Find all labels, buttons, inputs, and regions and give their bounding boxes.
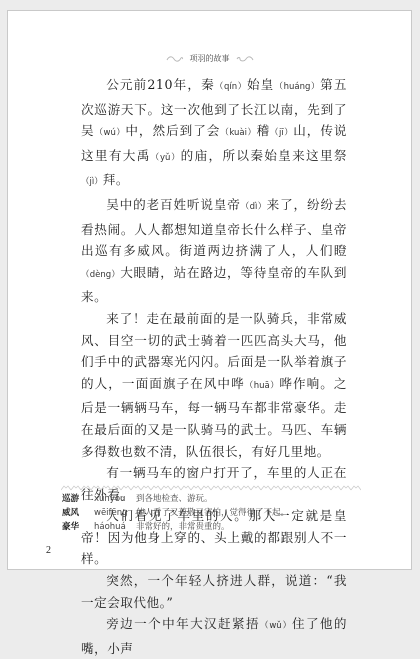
pinyin-annotation: （dèng） xyxy=(81,270,120,280)
footnotes: 巡游 xúnyóu 到各地检查、游玩。 威风 wēifēng 使人看了又尊敬又害… xyxy=(62,492,372,534)
paragraph-text: 公元前210年，秦 xyxy=(106,77,215,92)
paragraph-text: 突然，一个年轻人挤进人群，说道：“我一定会取代他。” xyxy=(81,573,347,602)
footnote-item: 威风 wēifēng 使人看了又尊敬又害怕，觉得很了不起。 xyxy=(62,506,372,520)
running-head: 项羽的故事 xyxy=(8,53,411,64)
paragraph-text: 始皇 xyxy=(247,77,275,92)
pinyin-annotation: （wú） xyxy=(95,128,126,138)
running-title: 项羽的故事 xyxy=(190,53,230,64)
footnote-pinyin: xúnyóu xyxy=(94,492,136,506)
paragraph-text: 中，然后到了会 xyxy=(125,123,220,138)
pinyin-annotation: （dì） xyxy=(241,202,267,212)
swirl-ornament-icon xyxy=(236,55,254,63)
paragraph-text: 稽 xyxy=(256,123,270,138)
paragraph-text: 大眼睛，站在路边，等待皇帝的车队到来。 xyxy=(81,265,347,305)
story-paragraph: 突然，一个年轻人挤进人群，说道：“我一定会取代他。” xyxy=(81,570,347,602)
book-page: 项羽的故事 公元前210年，秦（qín）始皇（huáng）第五次巡游天下。这一次… xyxy=(7,10,412,570)
pinyin-annotation: （huā） xyxy=(245,381,280,391)
footnote-definition: 到各地检查、游玩。 xyxy=(136,492,213,506)
pinyin-annotation: （qín） xyxy=(215,82,247,92)
footnote-definition: 使人看了又尊敬又害怕，觉得很了不起。 xyxy=(136,506,289,520)
footnote-definition: 非常好的，非常贵重的。 xyxy=(136,520,230,534)
pinyin-annotation: （jī） xyxy=(270,128,293,138)
swirl-ornament-icon xyxy=(166,55,184,63)
footnote-item: 豪华 háohuá 非常好的，非常贵重的。 xyxy=(62,520,372,534)
paragraph-text: 吴中的老百姓听说皇帝 xyxy=(106,197,241,212)
paragraph-text: 的庙，所以秦始皇来这里祭 xyxy=(181,148,347,163)
footnote-term: 巡游 xyxy=(62,492,94,506)
story-paragraph: 来了！走在最前面的是一队骑兵，非常威风、目空一切的武士骑着一匹匹高头大马，他们手… xyxy=(81,308,347,462)
pinyin-annotation: （jì） xyxy=(81,177,103,187)
footnote-pinyin: háohuá xyxy=(94,520,136,534)
footnote-item: 巡游 xúnyóu 到各地检查、游玩。 xyxy=(62,492,372,506)
footnote-term: 威风 xyxy=(62,506,94,520)
footnote-divider xyxy=(61,485,361,491)
footnote-pinyin: wēifēng xyxy=(94,506,136,520)
pinyin-annotation: （kuài） xyxy=(220,128,256,138)
paragraph-text: 拜。 xyxy=(103,172,129,187)
footnote-term: 豪华 xyxy=(62,520,94,534)
pinyin-annotation: （huáng） xyxy=(274,82,320,92)
story-paragraph: 吴中的老百姓听说皇帝（dì）来了，纷纷去看热闹。人人都想知道皇帝长什么样子、皇帝… xyxy=(81,194,347,308)
story-paragraph: 公元前210年，秦（qín）始皇（huáng）第五次巡游天下。这一次他到了长江以… xyxy=(81,74,347,194)
pinyin-annotation: （yǔ） xyxy=(151,153,181,163)
page-number: 2 xyxy=(46,545,51,556)
